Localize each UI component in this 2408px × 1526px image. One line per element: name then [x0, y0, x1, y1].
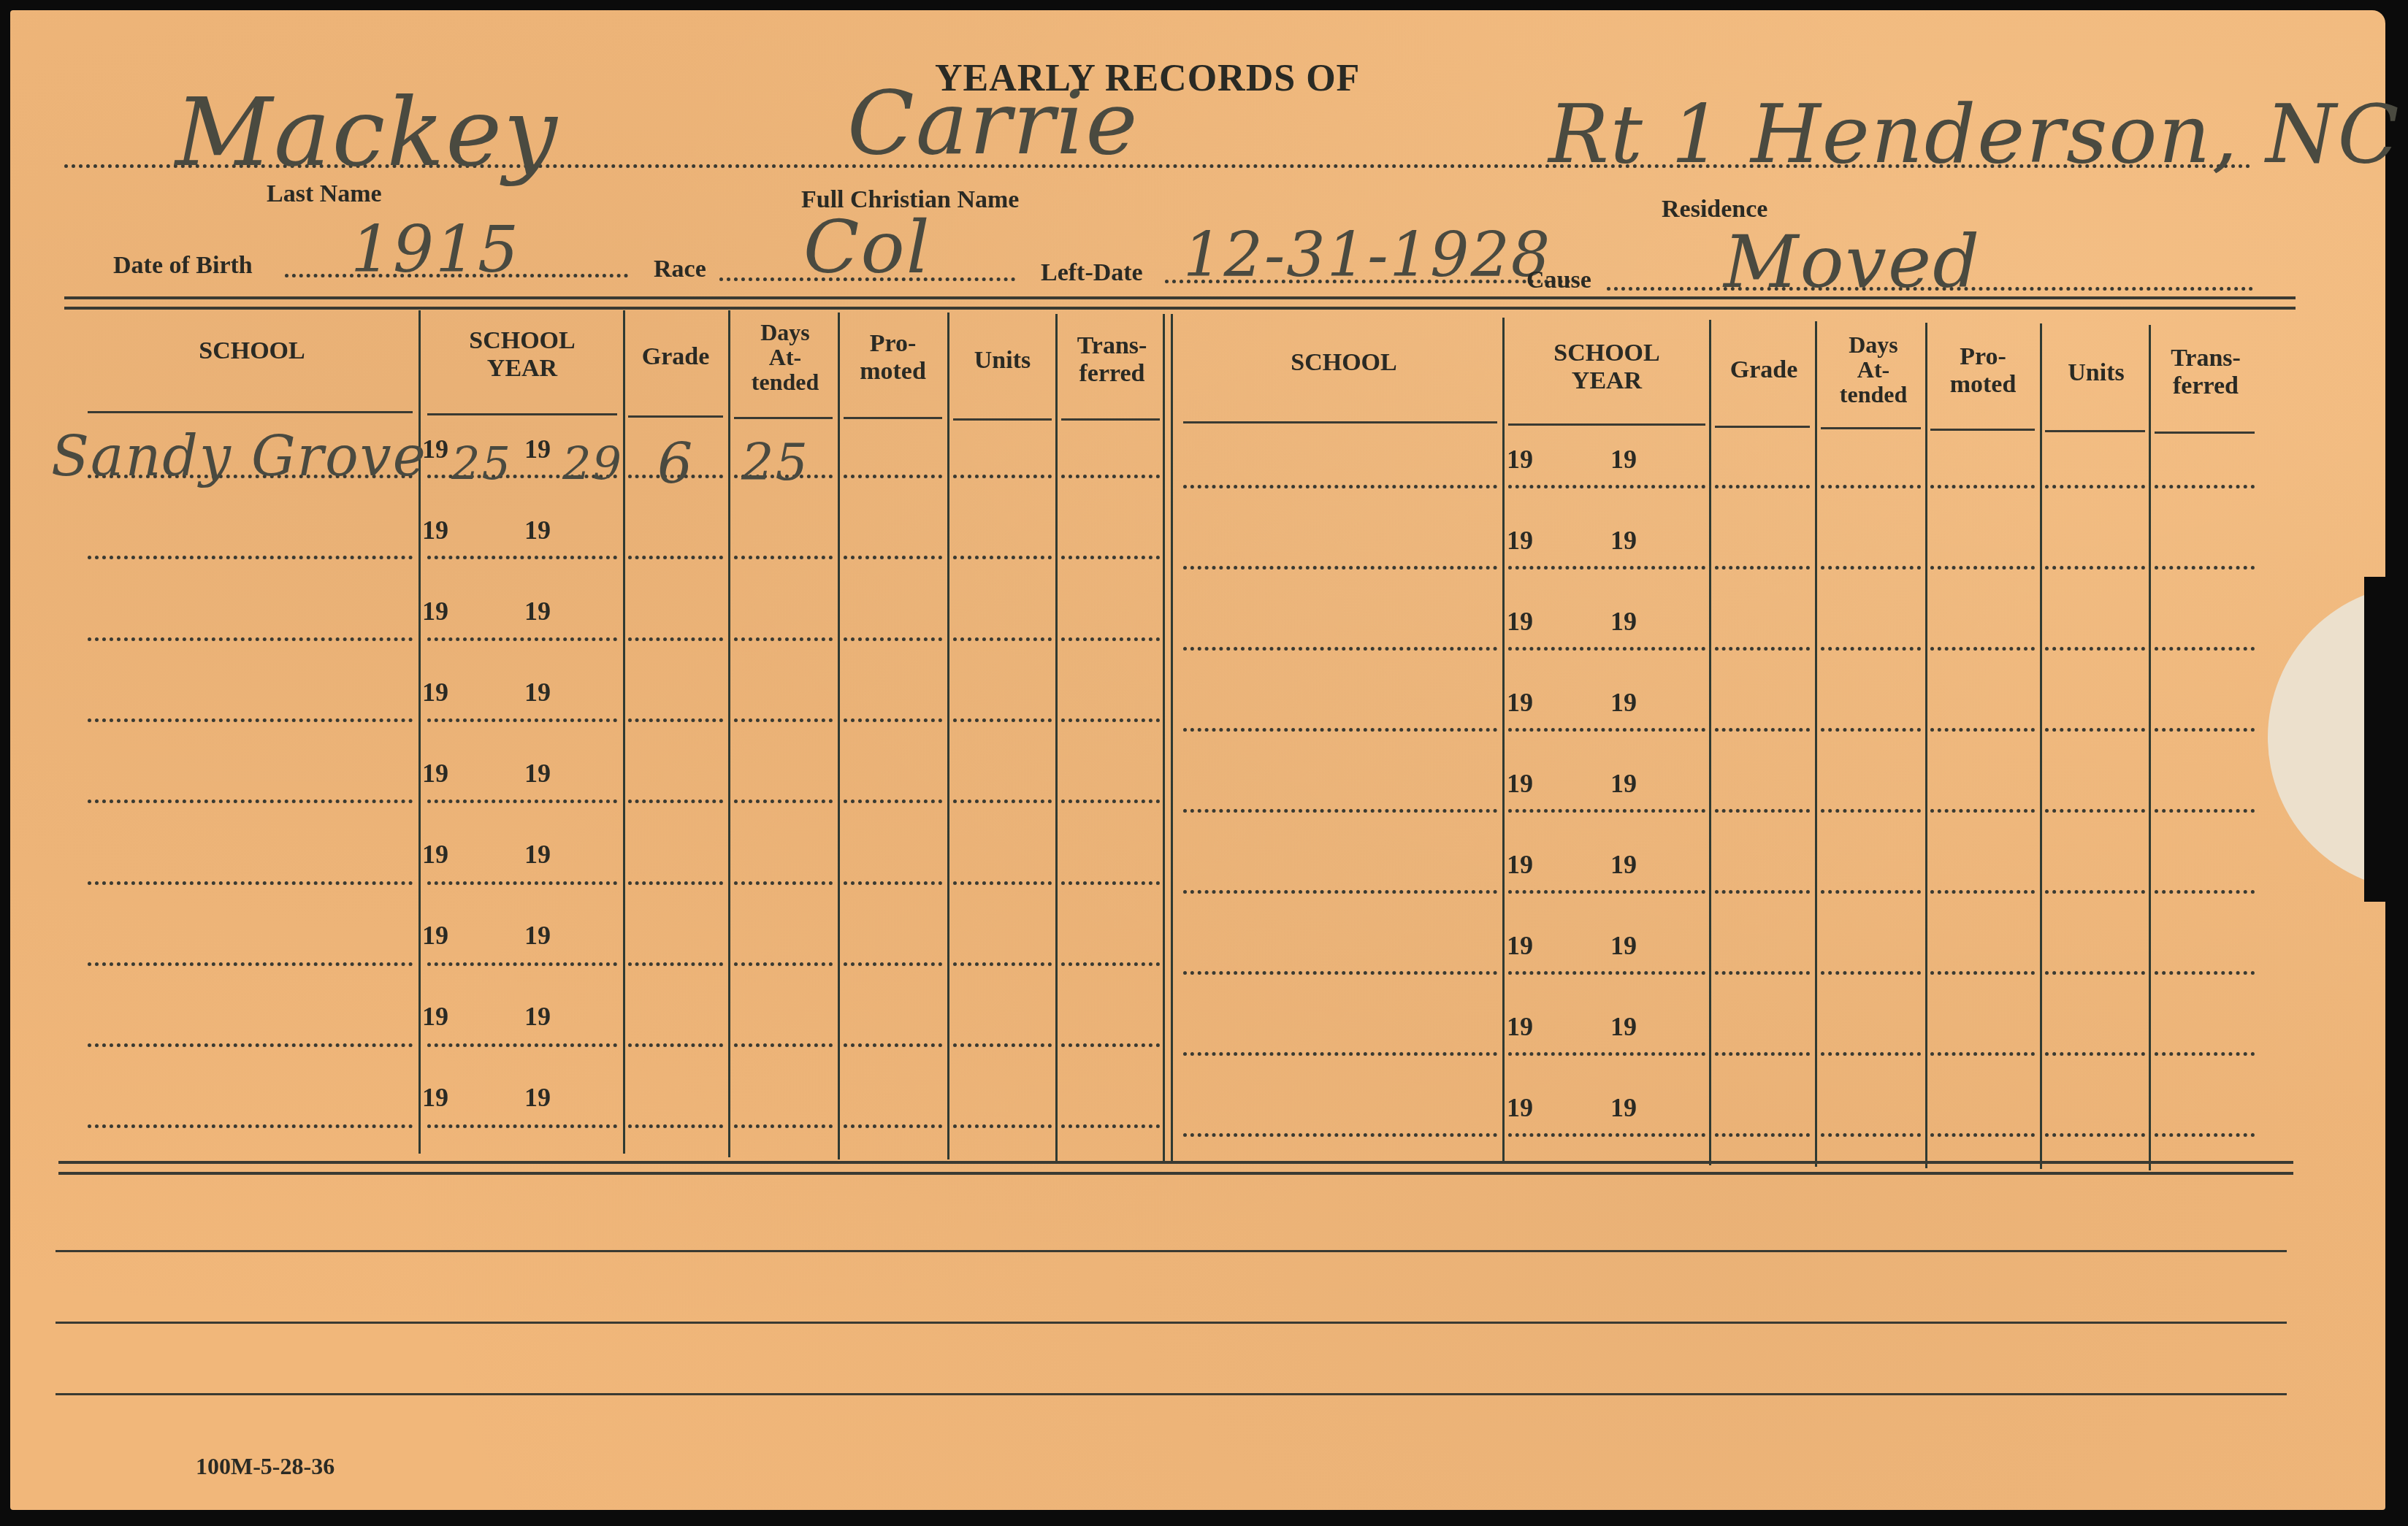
row-field-line[interactable]	[1821, 809, 1921, 813]
row-field-line[interactable]	[953, 556, 1052, 559]
row-field-line[interactable]	[1183, 566, 1497, 570]
row1-school-value[interactable]: Sandy Grove	[51, 423, 427, 488]
year-prefix-to: 19	[524, 839, 551, 870]
row-field-line[interactable]	[1183, 809, 1497, 813]
last-name-label: Last Name	[267, 180, 382, 208]
row-field-line[interactable]	[1715, 728, 1810, 732]
year-prefix-to: 19	[1610, 930, 1637, 961]
row-field-line[interactable]	[2045, 728, 2145, 732]
row-field-line[interactable]	[1930, 971, 2035, 975]
row-field-line[interactable]	[734, 637, 833, 641]
row-field-line[interactable]	[2045, 809, 2145, 813]
year-prefix-from: 19	[1507, 1011, 1533, 1042]
col-school-year-right: SCHOOLYEAR	[1505, 340, 1709, 395]
year-prefix-from: 19	[1507, 1092, 1533, 1123]
row-field-line[interactable]	[2045, 566, 2145, 570]
row-field-line[interactable]	[2155, 890, 2255, 894]
cause-label: Cause	[1526, 267, 1591, 294]
year-prefix-to: 19	[1610, 1092, 1637, 1123]
row-field-line[interactable]	[88, 637, 413, 641]
row-field-line[interactable]	[628, 718, 723, 722]
row-field-line[interactable]	[1821, 1052, 1921, 1056]
christian-name-value[interactable]: Carrie	[847, 73, 1139, 175]
remarks-line-3[interactable]	[56, 1393, 2287, 1395]
col-school-right: SCHOOL	[1183, 349, 1505, 377]
col-units-right: Units	[2041, 359, 2151, 387]
year-prefix-to: 19	[524, 434, 551, 464]
row-field-line[interactable]	[1715, 566, 1810, 570]
left-date-label: Left-Date	[1041, 259, 1143, 287]
dob-value[interactable]: 1915	[351, 212, 520, 287]
row-field-line[interactable]	[953, 881, 1052, 885]
row-field-line[interactable]	[2155, 566, 2255, 570]
row-field-line[interactable]	[1508, 647, 1705, 651]
col-school-year: SCHOOLYEAR	[420, 327, 624, 383]
row-field-line[interactable]	[1061, 962, 1160, 966]
row-field-line[interactable]	[844, 556, 942, 559]
row-field-line[interactable]	[1508, 890, 1705, 894]
remarks-line-2[interactable]	[56, 1322, 2287, 1324]
residence-value[interactable]: Rt 1 Henderson, NC	[1548, 88, 2401, 181]
race-value[interactable]: Col	[803, 204, 931, 290]
row-field-line[interactable]	[953, 800, 1052, 803]
row-field-line[interactable]	[88, 718, 413, 722]
row-field-line[interactable]	[1821, 728, 1921, 732]
cause-value[interactable]: Moved	[1724, 219, 1981, 304]
row-field-line[interactable]	[844, 718, 942, 722]
row-field-line[interactable]	[88, 556, 413, 559]
row1-year-to-value[interactable]: 29	[562, 437, 623, 490]
row-field-line[interactable]	[1061, 556, 1160, 559]
row-field-line[interactable]	[2045, 1133, 2145, 1137]
row-field-line[interactable]	[1930, 890, 2035, 894]
row-field-line[interactable]	[1183, 1052, 1497, 1056]
row-field-line[interactable]	[1508, 809, 1705, 813]
row-field-line[interactable]	[1821, 647, 1921, 651]
row-field-line[interactable]	[734, 881, 833, 885]
row-field-line[interactable]	[1821, 890, 1921, 894]
row-field-line[interactable]	[1508, 971, 1705, 975]
year-prefix-from: 19	[422, 1001, 448, 1032]
col-promoted: Pro-moted	[840, 330, 946, 386]
row-field-line[interactable]	[953, 1124, 1052, 1128]
row-field-line[interactable]	[953, 718, 1052, 722]
row-field-line[interactable]	[734, 800, 833, 803]
row-field-line[interactable]	[953, 1043, 1052, 1047]
row-field-line[interactable]	[1061, 881, 1160, 885]
year-prefix-from: 19	[1507, 930, 1533, 961]
row-field-line[interactable]	[628, 556, 723, 559]
row-field-line[interactable]	[2155, 809, 2255, 813]
row-field-line[interactable]	[734, 556, 833, 559]
year-prefix-from: 19	[1507, 849, 1533, 880]
year-prefix-to: 19	[524, 1001, 551, 1032]
row-field-line[interactable]	[1715, 1133, 1810, 1137]
year-prefix-from: 19	[422, 677, 448, 708]
row-field-line[interactable]	[88, 1043, 413, 1047]
row-field-line[interactable]	[2155, 485, 2255, 488]
row-field-line[interactable]	[1183, 728, 1497, 732]
row-field-line[interactable]	[2155, 971, 2255, 975]
row-field-line[interactable]	[734, 962, 833, 966]
row-field-line[interactable]	[1715, 890, 1810, 894]
row-field-line[interactable]	[2045, 890, 2145, 894]
row-field-line[interactable]	[1930, 728, 2035, 732]
row-field-line[interactable]	[953, 962, 1052, 966]
row-field-line[interactable]	[734, 718, 833, 722]
row-field-line[interactable]	[1061, 1043, 1160, 1047]
year-prefix-to: 19	[1610, 444, 1637, 475]
year-prefix-to: 19	[524, 677, 551, 708]
col-transferred: Trans-ferred	[1059, 332, 1165, 388]
row-field-line[interactable]	[628, 800, 723, 803]
row1-year-from-value[interactable]: 25	[451, 437, 512, 490]
year-prefix-from: 19	[1507, 768, 1533, 799]
form-code: 100M-5-28-36	[196, 1453, 335, 1480]
row-field-line[interactable]	[88, 962, 413, 966]
row-field-line[interactable]	[953, 475, 1052, 478]
row-field-line[interactable]	[628, 1124, 723, 1128]
col-promoted-right: Pro-moted	[1928, 343, 2038, 399]
col-days-attended: DaysAt-tended	[730, 320, 840, 394]
year-prefix-to: 19	[524, 758, 551, 789]
row-field-line[interactable]	[88, 800, 413, 803]
year-prefix-from: 19	[1507, 444, 1533, 475]
row-field-line[interactable]	[2155, 1052, 2255, 1056]
year-prefix-from: 19	[1507, 606, 1533, 637]
row-field-line[interactable]	[1061, 718, 1160, 722]
year-prefix-to: 19	[1610, 606, 1637, 637]
row-field-line[interactable]	[88, 881, 413, 885]
row-field-line[interactable]	[844, 800, 942, 803]
row-field-line[interactable]	[1715, 485, 1810, 488]
row-field-line[interactable]	[1061, 637, 1160, 641]
year-prefix-to: 19	[524, 596, 551, 626]
race-label: Race	[654, 256, 706, 283]
row-field-line[interactable]	[844, 475, 942, 478]
col-grade: Grade	[624, 343, 727, 371]
row-field-line[interactable]	[1821, 1133, 1921, 1137]
row-field-line[interactable]	[844, 881, 942, 885]
remarks-line-1[interactable]	[56, 1250, 2287, 1252]
row-field-line[interactable]	[427, 800, 617, 803]
row-field-line[interactable]	[844, 1124, 942, 1128]
year-prefix-from: 19	[1507, 687, 1533, 718]
row-field-line[interactable]	[1821, 485, 1921, 488]
row-field-line[interactable]	[1508, 1052, 1705, 1056]
row-field-line[interactable]	[1715, 809, 1810, 813]
year-prefix-to: 19	[524, 515, 551, 545]
row-field-line[interactable]	[1715, 647, 1810, 651]
row-field-line[interactable]	[427, 1043, 617, 1047]
row-field-line[interactable]	[1061, 800, 1160, 803]
row-field-line[interactable]	[1821, 971, 1921, 975]
row-field-line[interactable]	[427, 556, 617, 559]
year-prefix-to: 19	[524, 920, 551, 951]
row-field-line[interactable]	[1715, 1052, 1810, 1056]
year-prefix-from: 19	[422, 920, 448, 951]
row-field-line[interactable]	[427, 637, 617, 641]
col-transferred-right: Trans-ferred	[2151, 345, 2260, 400]
row-field-line[interactable]	[1183, 647, 1497, 651]
row-field-line[interactable]	[1930, 647, 2035, 651]
year-prefix-from: 19	[1507, 525, 1533, 556]
year-prefix-to: 19	[1610, 687, 1637, 718]
row-field-line[interactable]	[427, 881, 617, 885]
row-field-line[interactable]	[844, 962, 942, 966]
dob-label: Date of Birth	[113, 252, 253, 280]
row1-grade-value[interactable]: 6	[657, 431, 694, 496]
year-prefix-to: 19	[1610, 1011, 1637, 1042]
row-field-line[interactable]	[1183, 1133, 1497, 1137]
row-field-line[interactable]	[2155, 728, 2255, 732]
year-prefix-to: 19	[1610, 768, 1637, 799]
row-field-line[interactable]	[628, 881, 723, 885]
row-field-line[interactable]	[2045, 647, 2145, 651]
year-prefix-from: 19	[422, 515, 448, 545]
row-field-line[interactable]	[427, 962, 617, 966]
row-field-line[interactable]	[628, 637, 723, 641]
row-field-line[interactable]	[2155, 647, 2255, 651]
year-prefix-from: 19	[422, 596, 448, 626]
row-field-line[interactable]	[1508, 1133, 1705, 1137]
col-school: SCHOOL	[88, 337, 416, 365]
row-field-line[interactable]	[734, 1124, 833, 1128]
row-field-line[interactable]	[734, 1043, 833, 1047]
row-field-line[interactable]	[1183, 890, 1497, 894]
row-field-line[interactable]	[427, 1124, 617, 1128]
row1-days-attended-value[interactable]: 25	[741, 432, 809, 492]
year-prefix-from: 19	[422, 758, 448, 789]
row-field-line[interactable]	[1061, 475, 1160, 478]
row-field-line[interactable]	[1183, 971, 1497, 975]
row-field-line[interactable]	[2045, 971, 2145, 975]
row-field-line[interactable]	[2045, 1052, 2145, 1056]
row-field-line[interactable]	[1183, 485, 1497, 488]
row-field-line[interactable]	[1061, 1124, 1160, 1128]
row-field-line[interactable]	[2155, 1133, 2255, 1137]
row-field-line[interactable]	[1508, 566, 1705, 570]
row-field-line[interactable]	[844, 1043, 942, 1047]
row-field-line[interactable]	[1930, 1052, 2035, 1056]
row-field-line[interactable]	[1508, 485, 1705, 488]
col-days-attended-right: DaysAt-tended	[1819, 332, 1928, 407]
row-field-line[interactable]	[844, 637, 942, 641]
row-field-line[interactable]	[1508, 728, 1705, 732]
row-field-line[interactable]	[88, 1124, 413, 1128]
row-field-line[interactable]	[1930, 1133, 2035, 1137]
row-field-line[interactable]	[2045, 485, 2145, 488]
year-prefix-to: 19	[1610, 849, 1637, 880]
row-field-line[interactable]	[1930, 809, 2035, 813]
left-date-value[interactable]: 12-31-1928	[1183, 219, 1551, 291]
year-prefix-to: 19	[524, 1082, 551, 1113]
col-grade-right: Grade	[1713, 356, 1815, 384]
row-field-line[interactable]	[953, 637, 1052, 641]
row-field-line[interactable]	[1930, 485, 2035, 488]
year-prefix-from: 19	[422, 839, 448, 870]
year-prefix-from: 19	[422, 1082, 448, 1113]
row-field-line[interactable]	[1821, 566, 1921, 570]
row-field-line[interactable]	[1715, 971, 1810, 975]
last-name-value[interactable]: Mackey	[175, 77, 559, 188]
row-field-line[interactable]	[427, 718, 617, 722]
col-units: Units	[949, 347, 1055, 375]
year-prefix-to: 19	[1610, 525, 1637, 556]
row-field-line[interactable]	[1930, 566, 2035, 570]
row-field-line[interactable]	[628, 962, 723, 966]
row-field-line[interactable]	[628, 1043, 723, 1047]
